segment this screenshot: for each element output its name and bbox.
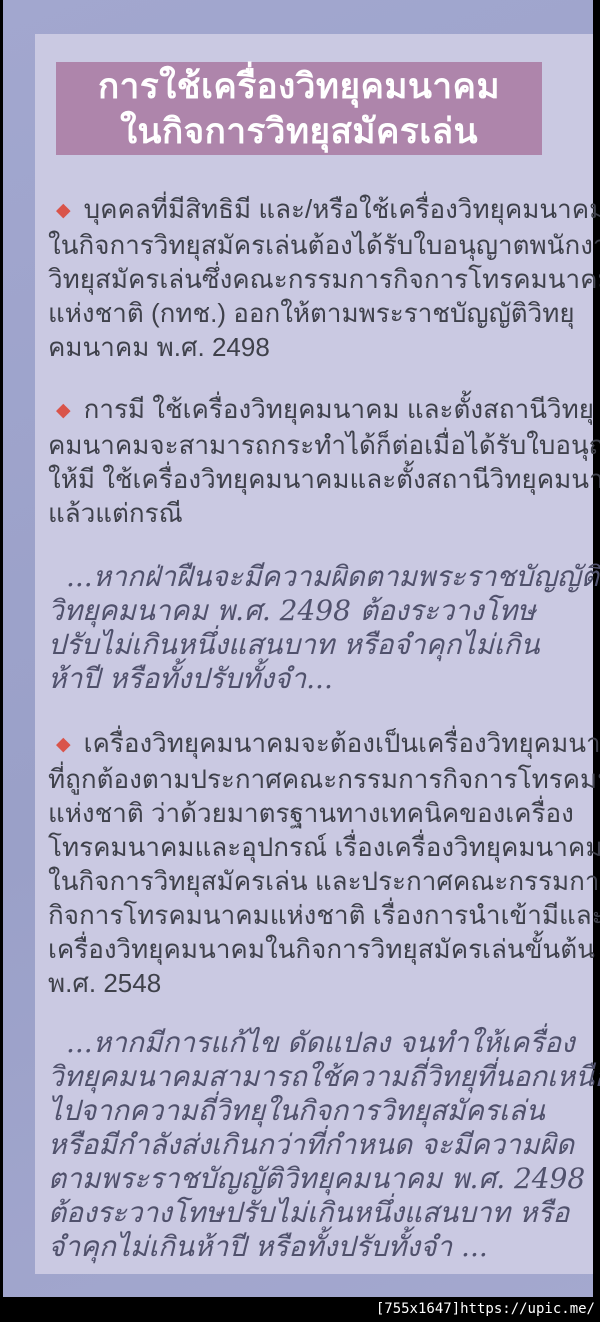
bulleted-paragraph-equipment-standard: ◆เครื่องวิทยุคมนาคมจะต้องเป็นเครื่องวิทย… <box>35 726 593 1000</box>
text-line: คมนาคมจะสามารถกระทำได้ก็ต่อเมื่อได้รับใบ… <box>48 428 593 462</box>
italic-warning-penalty-1: ...หากฝ่าฝืนจะมีความผิดตามพระราชบัญญัติ … <box>35 560 593 696</box>
text-line: พ.ศ. 2548 <box>48 966 593 1000</box>
text-line: จำคุกไม่เกินห้าปี หรือทั้งปรับทั้งจำ ... <box>48 1230 593 1264</box>
text-line: ต้องระวางโทษปรับไม่เกินหนึ่งแสนบาท หรือ <box>48 1196 593 1230</box>
text-line: ให้มี ใช้เครื่องวิทยุคมนาคมและตั้งสถานีว… <box>48 462 593 496</box>
watermark-text: [755x1647]https://upic.me/ <box>376 1301 595 1317</box>
text-line: คมนาคม พ.ศ. 2498 <box>48 330 593 364</box>
text-line: ...หากฝ่าฝืนจะมีความผิดตามพระราชบัญญัติ <box>48 560 593 594</box>
title-line-1: การใช้เครื่องวิทยุคมนาคม <box>56 64 542 109</box>
text-line: ห้าปี หรือทั้งปรับทั้งจำ... <box>48 662 593 696</box>
text-line: หรือมีกำลังส่งเกินกว่าที่กำหนด จะมีความผ… <box>48 1128 593 1162</box>
text-line: ในกิจการวิทยุสมัครเล่น และประกาศคณะกรรมก… <box>48 864 593 898</box>
text-line: แห่งชาติ (กทช.) ออกให้ตามพระราชบัญญัติวิ… <box>48 296 593 330</box>
text-line: ในกิจการวิทยุสมัครเล่นต้องได้รับใบอนุญาต… <box>48 228 593 262</box>
text-line-content: บุคคลที่มีสิทธิมี และ/หรือใช้เครื่องวิทย… <box>84 194 600 224</box>
text-line: กิจการโทรคมนาคมแห่งชาติ เรื่องการนำเข้าม… <box>48 898 593 932</box>
text-line: แล้วแต่กรณี <box>48 496 593 530</box>
diamond-bullet-icon: ◆ <box>56 394 71 428</box>
text-line: เครื่องวิทยุคมนาคมในกิจการวิทยุสมัครเล่น… <box>48 932 593 966</box>
leaflet-content-panel: การใช้เครื่องวิทยุคมนาคม ในกิจการวิทยุสม… <box>35 34 593 1274</box>
text-line-content: การมี ใช้เครื่องวิทยุคมนาคม และตั้งสถานี… <box>84 394 594 424</box>
text-line: ที่ถูกต้องตามประกาศคณะกรรมการกิจการโทรคม… <box>48 762 593 796</box>
italic-warning-penalty-2: ...หากมีการแก้ไข ดัดแปลง จนทำให้เครื่อง … <box>35 1026 593 1264</box>
bulleted-paragraph-station: ◆การมี ใช้เครื่องวิทยุคมนาคม และตั้งสถาน… <box>35 392 593 530</box>
text-line: ◆บุคคลที่มีสิทธิมี และ/หรือใช้เครื่องวิท… <box>48 192 593 228</box>
text-line: ตามพระราชบัญญัติวิทยุคมนาคม พ.ศ. 2498 <box>48 1162 593 1196</box>
text-line: แห่งชาติ ว่าด้วยมาตรฐานทางเทคนิคของเครื่… <box>48 796 593 830</box>
bulleted-paragraph-license: ◆บุคคลที่มีสิทธิมี และ/หรือใช้เครื่องวิท… <box>35 192 593 364</box>
title-line-2: ในกิจการวิทยุสมัครเล่น <box>56 109 542 154</box>
diamond-bullet-icon: ◆ <box>56 194 71 228</box>
text-line: ไปจากความถี่วิทยุในกิจการวิทยุสมัครเล่น <box>48 1094 593 1128</box>
text-line-content: เครื่องวิทยุคมนาคมจะต้องเป็นเครื่องวิทยุ… <box>84 728 600 758</box>
text-line: วิทยุสมัครเล่นซึ่งคณะกรรมการกิจการโทรคมน… <box>48 262 593 296</box>
text-line: ปรับไม่เกินหนึ่งแสนบาท หรือจำคุกไม่เกิน <box>48 628 593 662</box>
text-line: ◆เครื่องวิทยุคมนาคมจะต้องเป็นเครื่องวิทย… <box>48 726 593 762</box>
diamond-bullet-icon: ◆ <box>56 728 71 762</box>
scanned-leaflet: การใช้เครื่องวิทยุคมนาคม ในกิจการวิทยุสม… <box>3 0 593 1322</box>
text-line: วิทยุคมนาคมสามารถใช้ความถี่วิทยุที่นอกเห… <box>48 1060 593 1094</box>
text-line: วิทยุคมนาคม พ.ศ. 2498 ต้องระวางโทษ <box>48 594 593 628</box>
title-banner: การใช้เครื่องวิทยุคมนาคม ในกิจการวิทยุสม… <box>56 62 542 155</box>
watermark-bar: [755x1647]https://upic.me/ <box>0 1297 600 1322</box>
text-line: ...หากมีการแก้ไข ดัดแปลง จนทำให้เครื่อง <box>48 1026 593 1060</box>
text-line: โทรคมนาคมและอุปกรณ์ เรื่องเครื่องวิทยุคม… <box>48 830 593 864</box>
text-line: ◆การมี ใช้เครื่องวิทยุคมนาคม และตั้งสถาน… <box>48 392 593 428</box>
